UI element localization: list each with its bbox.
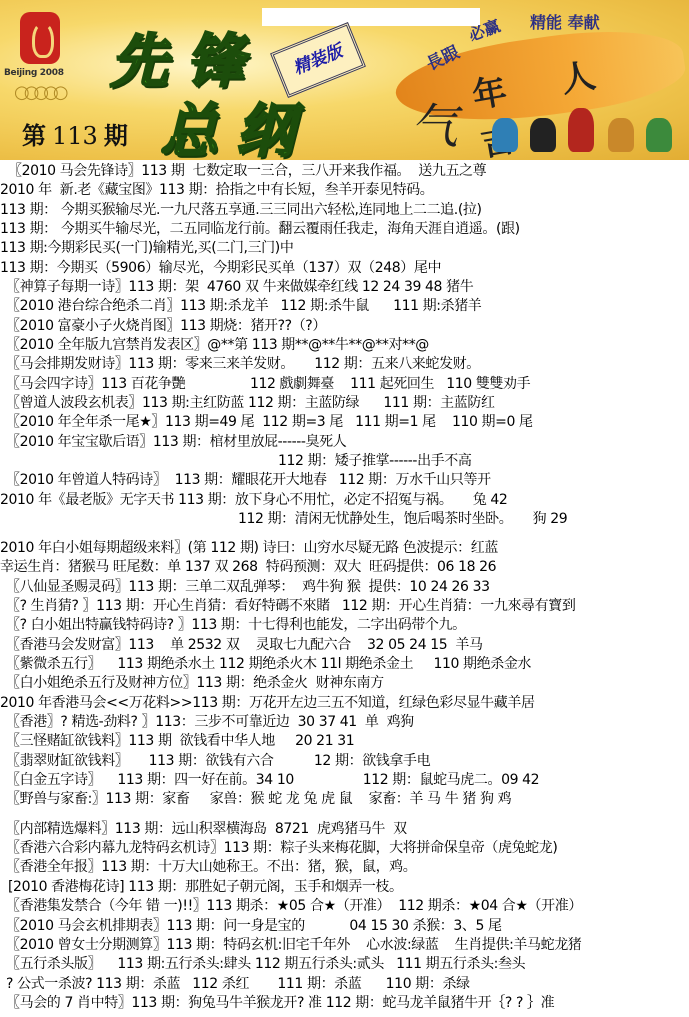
text-line: 〖香港集发禁合（今年 错 一)!!〗113 期杀：★05 合★（开准） 112 … <box>6 897 582 916</box>
text-line: 幸运生肖：猪猴马 旺尾数：单 137 双 268 特码预测：双大 旺码提供：06… <box>0 558 496 577</box>
text-line: 〖香港马会发财富〗113 单 2532 双 灵取七九配六合 32 05 24 1… <box>6 636 483 655</box>
text-line: 2010 年《最老版》无字天书 113 期：放下身心不用忙，必定不招冤与祸。 兔… <box>0 491 507 510</box>
text-line: 〖? 白小姐出特赢钱特码诗? 〗113 期：十七得利也能发，二字出码带个九。 <box>6 616 466 635</box>
text-line: 〖2010 港台综合绝杀二肖〗113 期:杀龙羊 112 期:杀牛鼠 111 期… <box>6 297 481 316</box>
text-line: 〖香港全年报〗113 期：十万大山她称王。不出：猪，猴，鼠，鸡。 <box>6 858 416 877</box>
text-line: 〖马会的 7 肖中特〗113 期：狗兔马牛羊猴龙开? 准 112 期：蛇马龙羊鼠… <box>6 994 554 1013</box>
text-line: 〖? 生肖猜? 〗113 期：开心生肖猜：看好特碼不來賭 112 期：开心生肖猜… <box>6 597 575 616</box>
text-line: 〖2010 马会先锋诗〗113 期 七数定取一三合，三八开来我作福。 送九五之尊 <box>8 162 486 181</box>
mascot-icon-huanhuan <box>568 108 594 152</box>
text-line: 〖内部精选爆料〗113 期：远山积翠横海岛 8721 虎鸡猪马牛 双 <box>6 820 407 839</box>
text-line: 〖香港六合彩内幕九龙特码玄机诗〗113 期：粽子头来梅花脚，大将拼命保皇帝（虎兔… <box>6 839 557 858</box>
text-line: 〖八仙显圣赐灵码〗113 期：三单二双乱弹琴： 鸡牛狗 猴 提供：10 24 2… <box>6 578 490 597</box>
issue-suffix: 期 <box>104 121 128 150</box>
brush-character: 气 <box>410 88 458 157</box>
text-line: 2010 年香港马会<<万花料>>113 期：万花开左边三五不知道，红绿色彩尽显… <box>0 694 535 713</box>
edition-stamp: 精装版 <box>270 22 366 98</box>
issue-number: 113 <box>52 122 98 150</box>
text-line: [2010 香港梅花诗] 113 期：那胜妃子朝元阁，玉手和烟弄一枝。 <box>8 878 403 897</box>
text-line: 113 期:今期彩民买(一门)输精光,买(二门,三门)中 <box>0 239 293 258</box>
text-line: 112 期：清闲无忧静处生，饱后喝茶时坐卧。 狗 29 <box>238 510 567 529</box>
text-line: 〖翡翠财缸欲钱料〗 113 期：欲钱有六合 12 期：欲钱拿手电 <box>6 752 430 771</box>
header-banner: Beijing 2008 ○○○○○ 先锋 总纲 精装版 第113期 必赢 精能… <box>0 0 689 160</box>
mascot-icon-nini <box>646 118 672 152</box>
text-line: 〖白小姐绝杀五行及财神方位〗113 期：绝杀金火 财神东南方 <box>6 674 384 693</box>
issue-prefix: 第 <box>22 121 46 150</box>
text-line: 113 期： 今期买牛输尽光，二五同临龙行前。翻云覆雨任我走，海角天涯自逍遥。(… <box>0 220 520 239</box>
text-line: 〖曾道人波段玄机表〗113 期:主红防蓝 112 期：主蓝防绿 111 期：主蓝… <box>6 394 495 413</box>
text-line: 〖2010 富豪小子火烧肖图〗113 期烧：猪开??（?） <box>6 317 326 336</box>
white-bar <box>262 8 480 26</box>
olympic-rings-icon: ○○○○○ <box>14 82 63 103</box>
text-line: 〖2010 全年版九宫禁肖发表区〗@**第 113 期**@**牛**@**对*… <box>6 336 429 355</box>
text-line: 112 期：矮子推掌------出手不高 <box>278 452 471 471</box>
text-line: 〖马会四字诗〗113 百花争艷 112 戲劇舞臺 111 起死回生 110 雙雙… <box>6 375 530 394</box>
mascot-icon-yingying <box>608 118 634 152</box>
text-line: 〖2010 年全年杀一尾★〗113 期=49 尾 112 期=3 尾 111 期… <box>6 413 533 432</box>
text-line: 〖2010 马会玄机排期表〗113 期：问一身是宝的 04 15 30 杀猴：3… <box>6 917 502 936</box>
text-line: 〖紫微杀五行〗 113 期绝杀水土 112 期绝杀火木 11l 期绝杀金土 11… <box>6 655 531 674</box>
text-line: 2010 年 新.老《藏宝图》113 期：拾指之中有长短，叁羊开泰见特码。 <box>0 181 433 200</box>
issue-label: 第113期 <box>22 116 128 151</box>
beijing-olympic-logo-icon <box>20 12 60 64</box>
text-line: 〖2010 曾女士分期测算〗113 期：特码玄机:旧宅千年外 心水波:绿蓝 生肖… <box>6 936 581 955</box>
text-line: 〖2010 年宝宝歇后语〗113 期：棺材里放屁------臭死人 <box>6 433 346 452</box>
text-line: 〖五行杀头版〗 113 期:五行杀头:肆头 112 期五行杀头:贰头 111 期… <box>6 955 525 974</box>
text-line: 〖香港〗? 精选-劲料? 〗113：三步不可靠近边 30 37 41 单 鸡狗 <box>6 713 414 732</box>
text-line: 〖野兽与家畜:〗113 期：家畜 家兽：猴 蛇 龙 兔 虎 鼠 家畜：羊 马 牛… <box>6 790 511 809</box>
mascot-icon-jingjing <box>530 118 556 152</box>
olympic-text: Beijing 2008 <box>4 68 64 78</box>
text-line: 2010 年白小姐每期超级来料〗(第 112 期) 诗曰：山穷水尽疑无路 色波提… <box>0 539 498 558</box>
text-line: 〖2010 年曾道人特码诗〗 113 期：耀眼花开大地春 112 期：万水千山只… <box>6 471 491 490</box>
text-line: 〖神算子每期一诗〗113 期：架 4760 双 牛来做媒牵红线 12 24 39… <box>6 278 473 297</box>
text-line: 〖三怪赌缸欲钱料〗113 期 欲钱看中华人地 20 21 31 <box>6 732 354 751</box>
text-line: ? 公式一杀波? 113 期：杀蓝 112 杀红 111 期：杀蓝 110 期：… <box>6 975 470 994</box>
text-line: 〖马会排期发财诗〗113 期：零来三来羊发财。 112 期：五来八来蛇发财。 <box>6 355 480 374</box>
slogan-jingneng: 精能 奉献 <box>530 10 600 33</box>
text-line: 113 期：今期买（5906）输尽光，今期彩民买单（137）双（248）尾中 <box>0 259 441 278</box>
text-line: 〖白金五字诗〗 113 期：四一好在前。34 10 112 期：鼠蛇马虎二。09… <box>6 771 539 790</box>
mascot-icon-beibei <box>492 118 518 152</box>
text-line: 113 期： 今期买猴输尽光.一九尺落五享通.三三同出六轻松,连同地上二二追.(… <box>0 201 482 220</box>
